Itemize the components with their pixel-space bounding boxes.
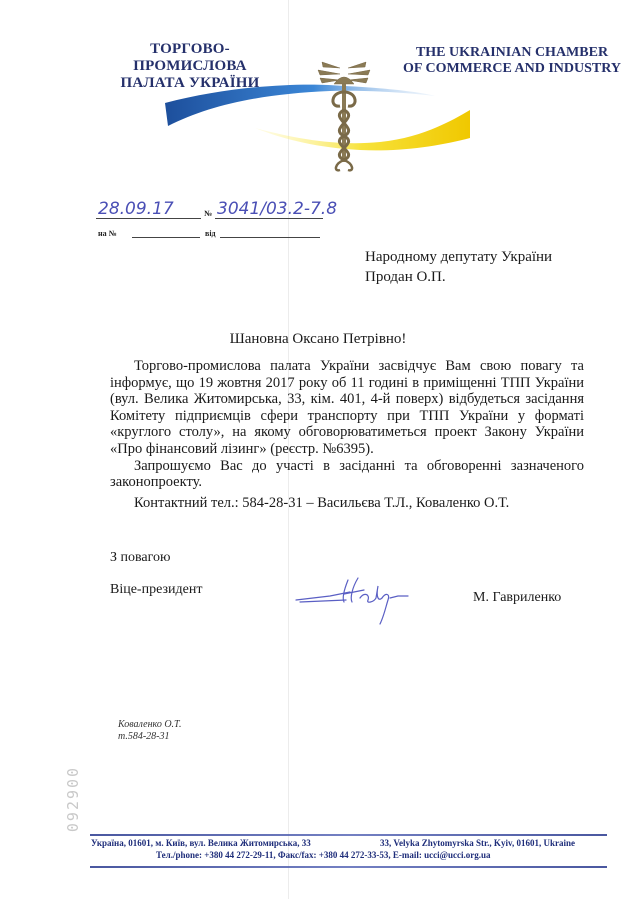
- executor-phone: т.584-28-31: [118, 731, 182, 743]
- signer-position: Віце-президент: [110, 582, 202, 598]
- number-label: №: [204, 209, 212, 218]
- footer-contacts: Тел./phone: +380 44 272-29-11, Факс/fax:…: [156, 850, 491, 860]
- number-underline: [215, 218, 323, 219]
- body-paragraph-1: Торгово-промислова палата України засвід…: [110, 358, 584, 458]
- handwritten-date: 28.09.17: [98, 199, 174, 219]
- reply-to-number-label: на №: [98, 229, 117, 238]
- recipient-name: Продан О.П.: [365, 267, 552, 287]
- executor-block: Коваленко О.Т. т.584-28-31: [118, 719, 182, 743]
- footer-bottom-rule: [90, 866, 607, 868]
- date-underline: [96, 218, 201, 219]
- body-paragraph-2: Запрошуємо Вас до участі в засіданні та …: [110, 458, 584, 491]
- yellow-swoosh-icon: [255, 110, 470, 150]
- executor-name: Коваленко О.Т.: [118, 719, 182, 731]
- reply-from-label: від: [205, 229, 216, 238]
- recipient-block: Народному депутату України Продан О.П.: [365, 247, 552, 287]
- letter-body: Торгово-промислова палата України засвід…: [110, 358, 584, 511]
- signer-name: М. Гавриленко: [473, 590, 561, 606]
- handwritten-outgoing-number: 3041/03.2-7.8: [217, 199, 337, 219]
- registration-stamp: 092900: [64, 766, 82, 832]
- caduceus-icon: [318, 62, 370, 170]
- signature-icon: [290, 572, 420, 632]
- closing-regards: З повагою: [110, 550, 171, 566]
- footer-top-rule: [90, 834, 607, 836]
- greeting: Шановна Оксано Петрівно!: [0, 331, 636, 348]
- footer-address-en: 33, Velyka Zhytomyrska Str., Kyiv, 01601…: [380, 838, 575, 848]
- reply-from-line: [220, 237, 320, 238]
- reply-to-number-line: [132, 237, 200, 238]
- body-paragraph-3: Контактний тел.: 584-28-31 – Васильєва Т…: [110, 495, 584, 512]
- recipient-title: Народному депутату України: [365, 247, 552, 267]
- letterhead-logo: [0, 0, 636, 200]
- blue-swoosh-icon: [165, 85, 435, 126]
- footer-address-uk: Україна, 01601, м. Київ, вул. Велика Жит…: [91, 838, 311, 848]
